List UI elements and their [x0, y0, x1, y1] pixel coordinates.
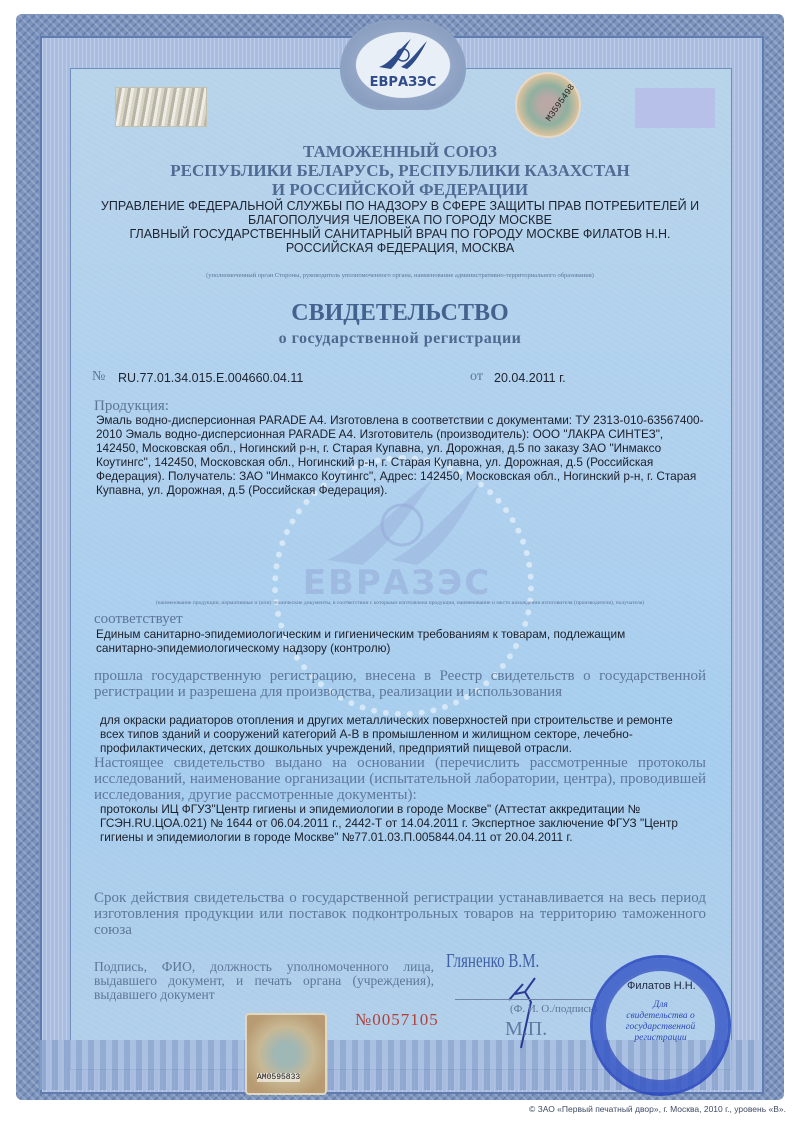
hologram-strip [115, 87, 207, 127]
union-line: РЕСПУБЛИКИ БЕЛАРУСЬ, РЕСПУБЛИКИ КАЗАХСТА… [100, 161, 700, 180]
basis-documents: протоколы ИЦ ФГУЗ"Центр гигиены и эпидем… [100, 802, 705, 844]
usage-text: для окраски радиаторов отопления и други… [100, 713, 700, 755]
evrazes-logo-icon [377, 37, 429, 71]
union-line: ТАМОЖЕННЫЙ СОЮЗ [100, 142, 700, 161]
fio-caption: (Ф. И. О./подпись) [510, 1003, 597, 1015]
agency-line: ГЛАВНЫЙ ГОСУДАРСТВЕННЫЙ САНИТАРНЫЙ ВРАЧ … [100, 227, 700, 241]
agency-line: РОССИЙСКАЯ ФЕДЕРАЦИЯ, МОСКВА [100, 241, 700, 255]
customs-union-heading: ТАМОЖЕННЫЙ СОЮЗ РЕСПУБЛИКИ БЕЛАРУСЬ, РЕС… [100, 142, 700, 199]
hologram-seal-top: M3595498 [515, 72, 581, 138]
document-subtitle: о государственной регистрации [100, 330, 700, 348]
signature-line [455, 999, 595, 1000]
product-caption: (наименование продукции, нормативные и (… [88, 600, 712, 606]
signature-label: Подпись, ФИО, должность уполномоченного … [94, 960, 434, 1002]
product-description: Эмаль водно-дисперсионная PARADE A4. Изг… [96, 413, 706, 497]
registration-row: № RU.77.01.34.015.E.004660.04.11 от 20.0… [92, 369, 712, 387]
conformity-label: соответствует [94, 611, 183, 628]
document-title: СВИДЕТЕЛЬСТВО [100, 300, 700, 327]
union-line: И РОССИЙСКОЙ ФЕДЕРАЦИИ [100, 180, 700, 199]
mp-mark: М.П. [505, 1018, 547, 1041]
emblem-text: ЕВРАЗЭС [343, 75, 463, 90]
agency-caption: (уполномоченный орган Стороны, руководит… [100, 272, 700, 279]
date-label: от [470, 369, 483, 385]
hologram-seal-bottom: AM0595833 [245, 1013, 327, 1095]
printer-copyright: © ЗАО «Первый печатный двор», г. Москва,… [529, 1104, 786, 1114]
watermark-text: ЕВРАЗЭС [262, 563, 532, 603]
registration-date: 20.04.2011 г. [494, 371, 566, 385]
number-label: № [92, 369, 105, 385]
decorative-panel [635, 88, 715, 128]
official-stamp: Филатов Н.Н. Для свидетельства о государ… [590, 955, 731, 1096]
agency-heading: УПРАВЛЕНИЕ ФЕДЕРАЛЬНОЙ СЛУЖБЫ ПО НАДЗОРУ… [100, 199, 700, 255]
basis-text: Настоящее свидетельство выдано на основа… [94, 755, 706, 803]
hologram-code: M3595498 [544, 82, 577, 123]
registration-number: RU.77.01.34.015.E.004660.04.11 [118, 371, 303, 385]
official-name: Филатов Н.Н. [627, 980, 696, 992]
serial-number: №0057105 [355, 1010, 439, 1030]
agency-line: БЛАГОПОЛУЧИЯ ЧЕЛОВЕКА ПО ГОРОДУ МОСКВЕ [100, 213, 700, 227]
stamp-text: Для свидетельства о государственной реги… [623, 1000, 698, 1044]
hologram-code: AM0595833 [257, 1073, 300, 1082]
registry-text: прошла государственную регистрацию, внес… [94, 668, 706, 700]
conformity-text: Единым санитарно-эпидемиологическим и ги… [96, 627, 676, 655]
validity-text: Срок действия свидетельства о государств… [94, 890, 706, 938]
agency-line: УПРАВЛЕНИЕ ФЕДЕРАЛЬНОЙ СЛУЖБЫ ПО НАДЗОРУ… [100, 199, 700, 213]
evrazes-emblem: ЕВРАЗЭС [340, 20, 466, 110]
